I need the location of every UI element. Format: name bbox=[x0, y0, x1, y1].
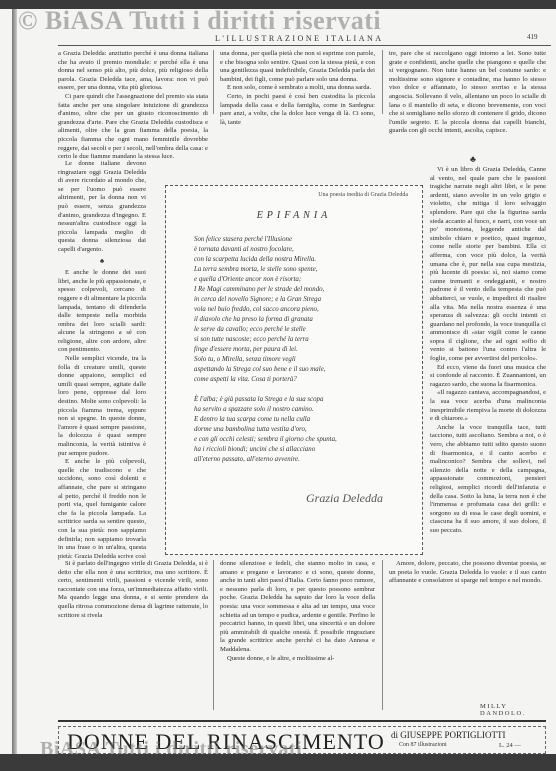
page-number: 419 bbox=[527, 33, 538, 41]
paragraph: Le donne italiane devono ringraziare ogg… bbox=[58, 160, 146, 255]
poem-signature: Grazia Deledda bbox=[306, 491, 383, 506]
poem-line: vola nel buio freddo, col sacco ancora p… bbox=[194, 305, 409, 315]
poem-line: si son tutte nascoste; ecco perché la te… bbox=[194, 335, 409, 345]
article-column-1-bottom: Si è parlato dell'ingegno virile di Graz… bbox=[58, 560, 208, 710]
poem-line: come aspetti la vita. Cosa ti porterà? bbox=[194, 375, 409, 385]
poem-line: Solo tu, o Mirella, senza timore vegli bbox=[194, 355, 409, 365]
column-divider bbox=[382, 50, 383, 114]
poem-line: e quella d'Oriente ancor non è risorta; bbox=[194, 275, 409, 285]
poem-stanza-2: È l'alba; è già passata la Strega e la s… bbox=[194, 395, 409, 465]
poem-line: è tornata davanti al nostro focolare, bbox=[194, 245, 409, 255]
poem-line: Son felice stasera perché l'Illusione bbox=[194, 235, 409, 245]
ad-author: di GIUSEPPE PORTIGLIOTTI bbox=[391, 730, 505, 740]
paragraph: donne silenziose e fedeli, che stanno mo… bbox=[220, 560, 375, 655]
article-column-3-top: tre, pare che si raccolgano oggi intorno… bbox=[389, 50, 546, 152]
paragraph: a Grazia Deledda: anzitutto perché è una… bbox=[58, 50, 208, 93]
poem-line: all'eterno passato, all'eterno avvenire. bbox=[194, 455, 409, 465]
article-column-2-top: una donna, per quella pietà che non si e… bbox=[220, 50, 375, 128]
column-divider bbox=[213, 50, 214, 114]
paragraph: E anche le donne dei suoi libri, anche l… bbox=[58, 269, 146, 355]
section-ornament-icon: ♣ bbox=[470, 154, 476, 164]
article-column-1-top: a Grazia Deledda: anzitutto perché è una… bbox=[58, 50, 208, 162]
poem-line: È l'alba; è già passata la Strega e la s… bbox=[194, 395, 409, 405]
poem-line: in cerca del novello Signore; e la Gran … bbox=[194, 295, 409, 305]
article-column-3-bottom: Amore, dolore, peccato, che possono dive… bbox=[389, 560, 546, 698]
article-column-2-bottom: donne silenziose e fedeli, che stanno mo… bbox=[220, 560, 375, 710]
column-divider bbox=[213, 560, 214, 710]
poem-line: le serve da cavallo; ecco perché le stel… bbox=[194, 325, 409, 335]
column-divider bbox=[382, 560, 383, 710]
poem-stanza-1: Son felice stasera perché l'Illusioneè t… bbox=[194, 235, 409, 385]
paragraph: una donna, per quella pietà che non si e… bbox=[220, 50, 375, 84]
poem-line: ha i riccioli biondi; uncini che si alla… bbox=[194, 445, 409, 455]
poem-box: Una poesia inedita di Grazia Deledda EPI… bbox=[165, 185, 423, 555]
header-rule bbox=[58, 45, 551, 46]
paragraph: Queste donne, e le altre, e moltissime a… bbox=[220, 655, 375, 664]
paragraph: Anche la voce tranquilla tace, tutti tac… bbox=[430, 424, 546, 536]
poem-line: ha servito a spazzare solo il nostro cam… bbox=[194, 405, 409, 415]
page-binding-shadow bbox=[12, 9, 17, 754]
paragraph: Amore, dolore, peccato, che possono dive… bbox=[389, 560, 546, 586]
poem-line: La terra sembra morta, le stelle sono sp… bbox=[194, 265, 409, 275]
running-head: L'ILLUSTRAZIONE ITALIANA bbox=[215, 34, 384, 43]
poem-title: EPIFANIA bbox=[166, 210, 422, 221]
paragraph: «Il ragazzo cantava, accompagnandosi, e … bbox=[430, 389, 546, 423]
watermark-top: © BiASA Tutti i diritti riservati bbox=[18, 6, 381, 36]
article-column-3-narrow: Vi è un libro di Grazia Deledda, Canne a… bbox=[430, 166, 546, 558]
scan-bottom-border bbox=[0, 754, 556, 771]
article-column-1-narrow: Le donne italiane devono ringraziare ogg… bbox=[58, 160, 146, 560]
ad-price: L. 24 — bbox=[499, 742, 521, 749]
paragraph: Si è parlato dell'ingegno virile di Graz… bbox=[58, 560, 208, 620]
paragraph: Certo, in pochi paesi è così ben custodi… bbox=[220, 93, 375, 127]
poem-line: dorme una bambolina tutta vestita d'oro, bbox=[194, 425, 409, 435]
ad-subtitle: Con 87 illustrazioni bbox=[399, 742, 447, 748]
poem-line: il diavolo che ha preso la forma di gran… bbox=[194, 315, 409, 325]
poem-line: I Re Magi camminano per le strade del mo… bbox=[194, 285, 409, 295]
section-ornament-icon: ♣ bbox=[58, 258, 146, 267]
paragraph: tre, pare che si raccolgano oggi intorno… bbox=[389, 50, 546, 136]
paragraph: Vi è un libro di Grazia Deledda, Canne a… bbox=[430, 166, 546, 364]
poem-line: aspettando la Strega col suo bene e il s… bbox=[194, 365, 409, 375]
poem-line: finge d'essere morta, per paura di lei. bbox=[194, 345, 409, 355]
paragraph: E non solo, come è sembrato a molti, una… bbox=[220, 84, 375, 93]
poem-line: e con gli occhi celesti; sembra il giorn… bbox=[194, 435, 409, 445]
poem-line: con la scarpetta lucida della nostra Mir… bbox=[194, 255, 409, 265]
paragraph: Ed ecco, viene da fuori una musica che s… bbox=[430, 364, 546, 390]
poem-body: Son felice stasera perché l'Illusioneè t… bbox=[194, 235, 409, 475]
paragraph: E anche le più colpevoli, quelle che tra… bbox=[58, 458, 146, 560]
poem-kicker: Una poesia inedita di Grazia Deledda bbox=[318, 192, 408, 198]
paragraph: Ci pare quindi che l'assegnazione del pr… bbox=[58, 93, 208, 162]
poem-line: E dentro la tua scarpa come tu nella cul… bbox=[194, 415, 409, 425]
paragraph: Nelle semplici vicende, tra la folla di … bbox=[58, 355, 146, 458]
author-signature: MILLY DANDOLO. bbox=[480, 703, 556, 717]
